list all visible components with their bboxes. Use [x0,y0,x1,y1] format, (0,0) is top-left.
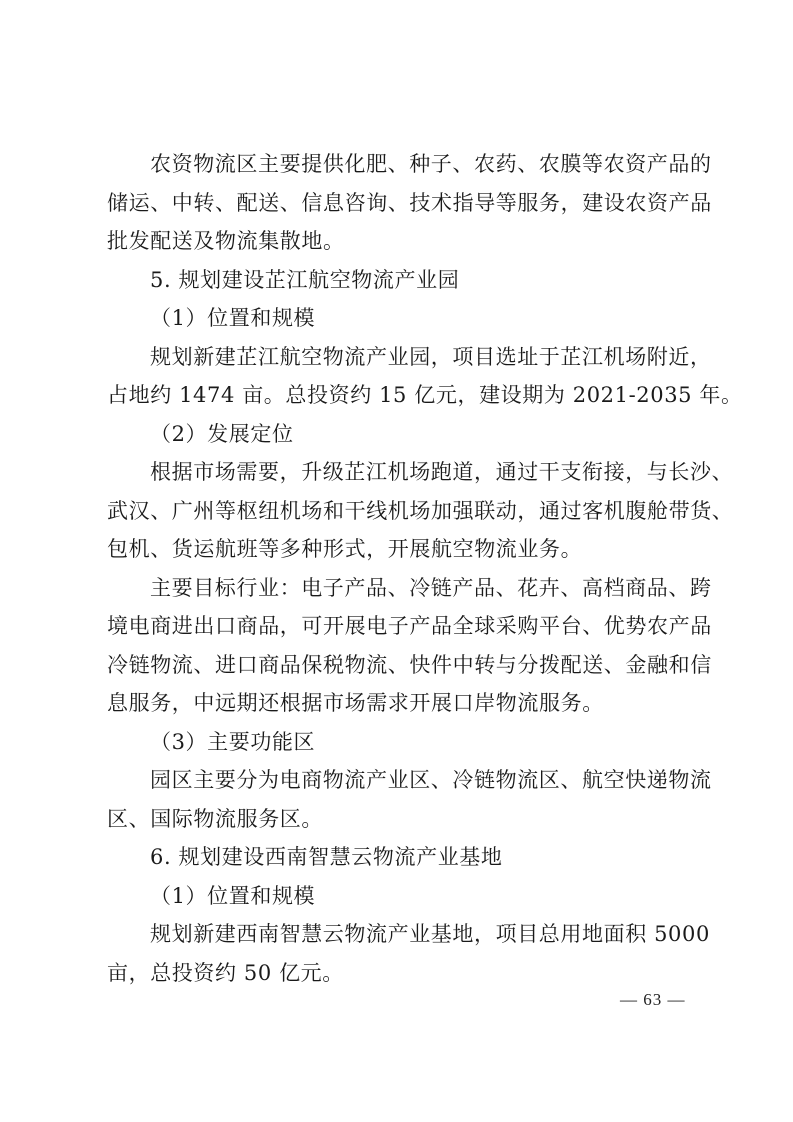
subheading-positioning: （2）发展定位 [107,415,693,454]
text-line: 主要目标行业：电子产品、冷链产品、花卉、高档商品、跨 [107,569,693,608]
section-heading-6: 6. 规划建设西南智慧云物流产业基地 [107,838,693,877]
text-line: 区、国际物流服务区。 [107,800,693,839]
document-page: 农资物流区主要提供化肥、种子、农药、农膜等农资产品的 储运、中转、配送、信息咨询… [107,145,693,992]
text-line: 园区主要分为电商物流产业区、冷链物流区、航空快递物流 [107,761,693,800]
text-line: 根据市场需要，升级芷江机场跑道，通过干支衔接，与长沙、 [107,453,693,492]
text-line: 武汉、广州等枢纽机场和干线机场加强联动，通过客机腹舱带货、 [107,492,693,531]
text-line: 批发配送及物流集散地。 [107,222,693,261]
text-line: 境电商进出口商品，可开展电子产品全球采购平台、优势农产品 [107,607,693,646]
text-line: 农资物流区主要提供化肥、种子、农药、农膜等农资产品的 [107,145,693,184]
text-line: 冷链物流、进口商品保税物流、快件中转与分拨配送、金融和信 [107,646,693,685]
text-line: 占地约 1474 亩。总投资约 15 亿元，建设期为 2021-2035 年。 [107,376,693,415]
text-line: 息服务，中远期还根据市场需求开展口岸物流服务。 [107,684,693,723]
subheading-location-scale: （1）位置和规模 [107,877,693,916]
section-heading-5: 5. 规划建设芷江航空物流产业园 [107,261,693,300]
subheading-functional-zones: （3）主要功能区 [107,723,693,762]
text-line: 规划新建西南智慧云物流产业基地，项目总用地面积 5000 [107,915,693,954]
text-line: 亩，总投资约 50 亿元。 [107,954,693,993]
text-line: 储运、中转、配送、信息咨询、技术指导等服务，建设农资产品 [107,184,693,223]
text-line: 规划新建芷江航空物流产业园，项目选址于芷江机场附近， [107,338,693,377]
subheading-location-scale: （1）位置和规模 [107,299,693,338]
text-line: 包机、货运航班等多种形式，开展航空物流业务。 [107,530,693,569]
page-number: — 63 — [620,990,686,1010]
